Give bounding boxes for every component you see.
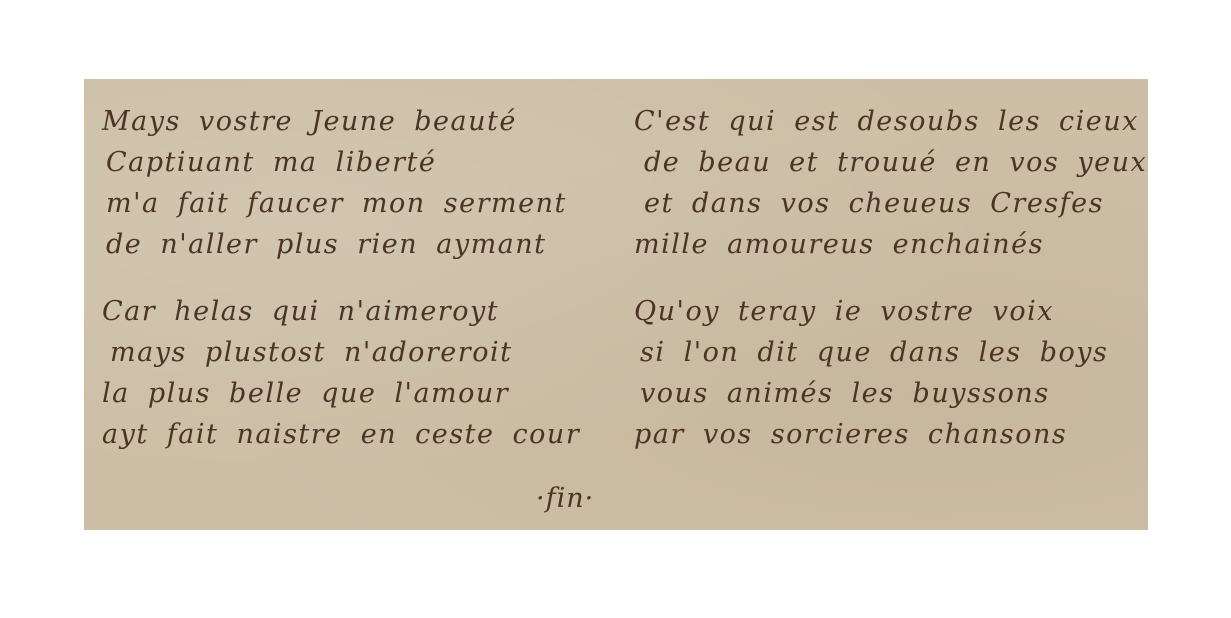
verse-line: mille amoureus enchainés [634,224,1147,265]
verse-line: Mays vostre Jeune beauté [102,101,567,142]
stanza-1: Mays vostre Jeune beauté Captiuant ma li… [102,101,567,265]
closing-fin: ·fin· [536,483,594,514]
verse-line: si l'on dit que dans les boys [634,332,1108,373]
verse-line: de n'aller plus rien aymant [102,224,567,265]
verse-line: Qu'oy teray ie vostre voix [634,291,1108,332]
stanza-4: Qu'oy teray ie vostre voix si l'on dit q… [634,291,1108,455]
verse-line: mays plustost n'adoreroit [102,332,580,373]
verse-line: la plus belle que l'amour [102,373,580,414]
verse-line: C'est qui est desoubs les cieux [634,101,1147,142]
verse-line: ayt fait naistre en ceste cour [102,414,580,455]
verse-line: et dans vos cheueus Cresfes [634,183,1147,224]
verse-line: Captiuant ma liberté [102,142,567,183]
verse-line: par vos sorcieres chansons [634,414,1108,455]
verse-line: vous animés les buyssons [634,373,1108,414]
stanza-3: C'est qui est desoubs les cieux de beau … [634,101,1147,265]
manuscript-page: Mays vostre Jeune beauté Captiuant ma li… [84,79,1148,530]
stanza-2: Car helas qui n'aimeroyt mays plustost n… [102,291,580,455]
verse-line: Car helas qui n'aimeroyt [102,291,580,332]
verse-line: de beau et trouué en vos yeux [634,142,1147,183]
verse-line: m'a fait faucer mon serment [102,183,567,224]
